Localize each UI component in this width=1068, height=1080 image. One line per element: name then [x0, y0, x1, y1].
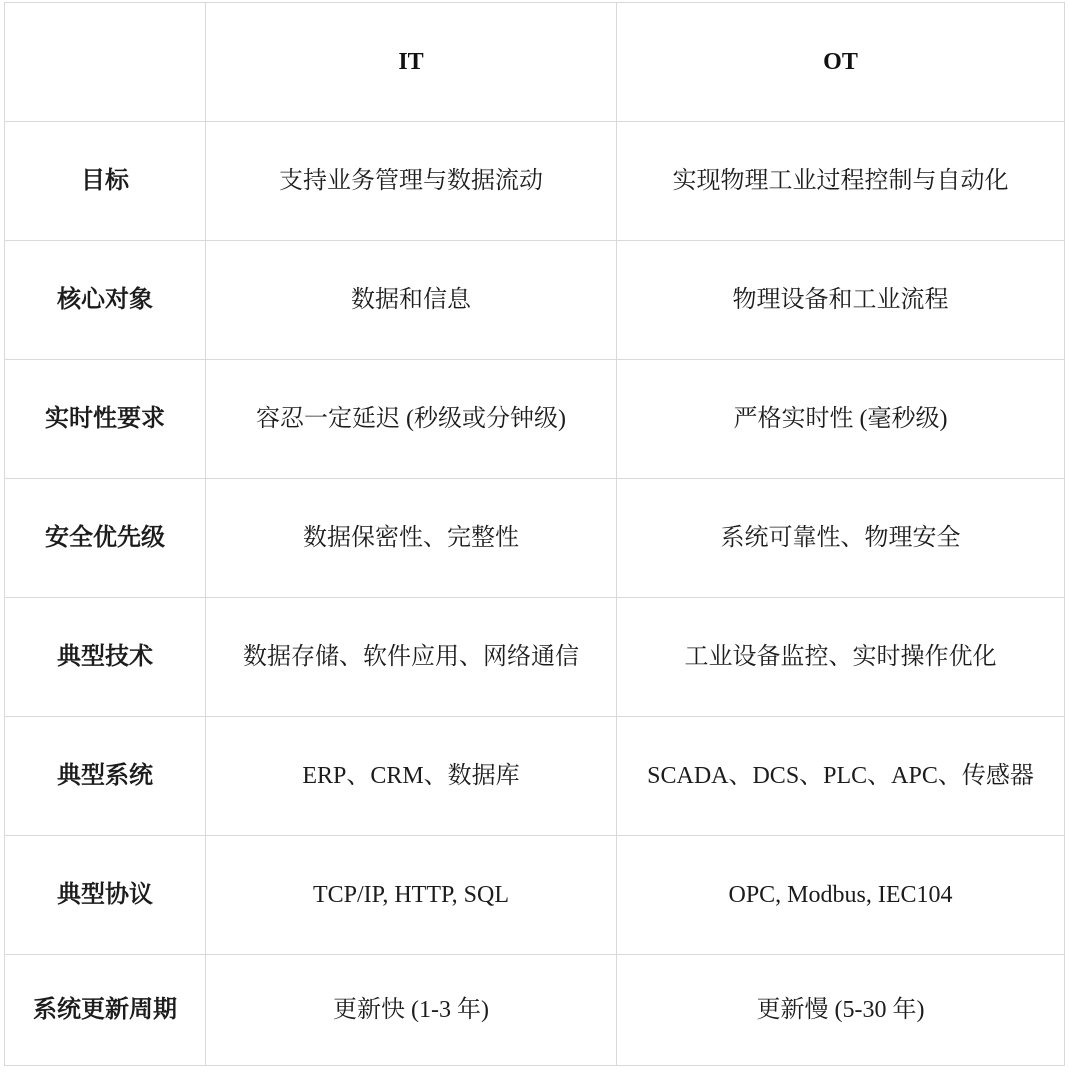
it-value: 更新快 (1-3 年) — [206, 955, 617, 1066]
row-label: 核心对象 — [5, 241, 206, 360]
row-label: 典型系统 — [5, 717, 206, 836]
table-row-core-object: 核心对象 数据和信息 物理设备和工业流程 — [5, 241, 1065, 360]
row-label: 典型协议 — [5, 836, 206, 955]
table-row-security-priority: 安全优先级 数据保密性、完整性 系统可靠性、物理安全 — [5, 479, 1065, 598]
ot-value: 更新慢 (5-30 年) — [617, 955, 1065, 1066]
it-value: 数据和信息 — [206, 241, 617, 360]
table-row-goal: 目标 支持业务管理与数据流动 实现物理工业过程控制与自动化 — [5, 122, 1065, 241]
it-value: TCP/IP, HTTP, SQL — [206, 836, 617, 955]
ot-value: 系统可靠性、物理安全 — [617, 479, 1065, 598]
it-ot-comparison-table: IT OT 目标 支持业务管理与数据流动 实现物理工业过程控制与自动化 核心对象… — [4, 2, 1065, 1066]
ot-value: 工业设备监控、实时操作优化 — [617, 598, 1065, 717]
row-label: 系统更新周期 — [5, 955, 206, 1066]
ot-value: 物理设备和工业流程 — [617, 241, 1065, 360]
ot-value: SCADA、DCS、PLC、APC、传感器 — [617, 717, 1065, 836]
it-value: 数据保密性、完整性 — [206, 479, 617, 598]
ot-value: OPC, Modbus, IEC104 — [617, 836, 1065, 955]
it-value: 数据存储、软件应用、网络通信 — [206, 598, 617, 717]
table-row-typical-protocols: 典型协议 TCP/IP, HTTP, SQL OPC, Modbus, IEC1… — [5, 836, 1065, 955]
ot-value: 实现物理工业过程控制与自动化 — [617, 122, 1065, 241]
table-header-row: IT OT — [5, 3, 1065, 122]
row-label: 目标 — [5, 122, 206, 241]
ot-value: 严格实时性 (毫秒级) — [617, 360, 1065, 479]
table-row-typical-systems: 典型系统 ERP、CRM、数据库 SCADA、DCS、PLC、APC、传感器 — [5, 717, 1065, 836]
row-label: 典型技术 — [5, 598, 206, 717]
row-label: 实时性要求 — [5, 360, 206, 479]
row-label: 安全优先级 — [5, 479, 206, 598]
it-value: ERP、CRM、数据库 — [206, 717, 617, 836]
table-row-update-cycle: 系统更新周期 更新快 (1-3 年) 更新慢 (5-30 年) — [5, 955, 1065, 1066]
it-value: 容忍一定延迟 (秒级或分钟级) — [206, 360, 617, 479]
column-header-it: IT — [206, 3, 617, 122]
table-row-typical-technology: 典型技术 数据存储、软件应用、网络通信 工业设备监控、实时操作优化 — [5, 598, 1065, 717]
table-row-realtime-requirement: 实时性要求 容忍一定延迟 (秒级或分钟级) 严格实时性 (毫秒级) — [5, 360, 1065, 479]
corner-cell — [5, 3, 206, 122]
it-value: 支持业务管理与数据流动 — [206, 122, 617, 241]
column-header-ot: OT — [617, 3, 1065, 122]
comparison-table-container: IT OT 目标 支持业务管理与数据流动 实现物理工业过程控制与自动化 核心对象… — [4, 2, 1064, 1066]
